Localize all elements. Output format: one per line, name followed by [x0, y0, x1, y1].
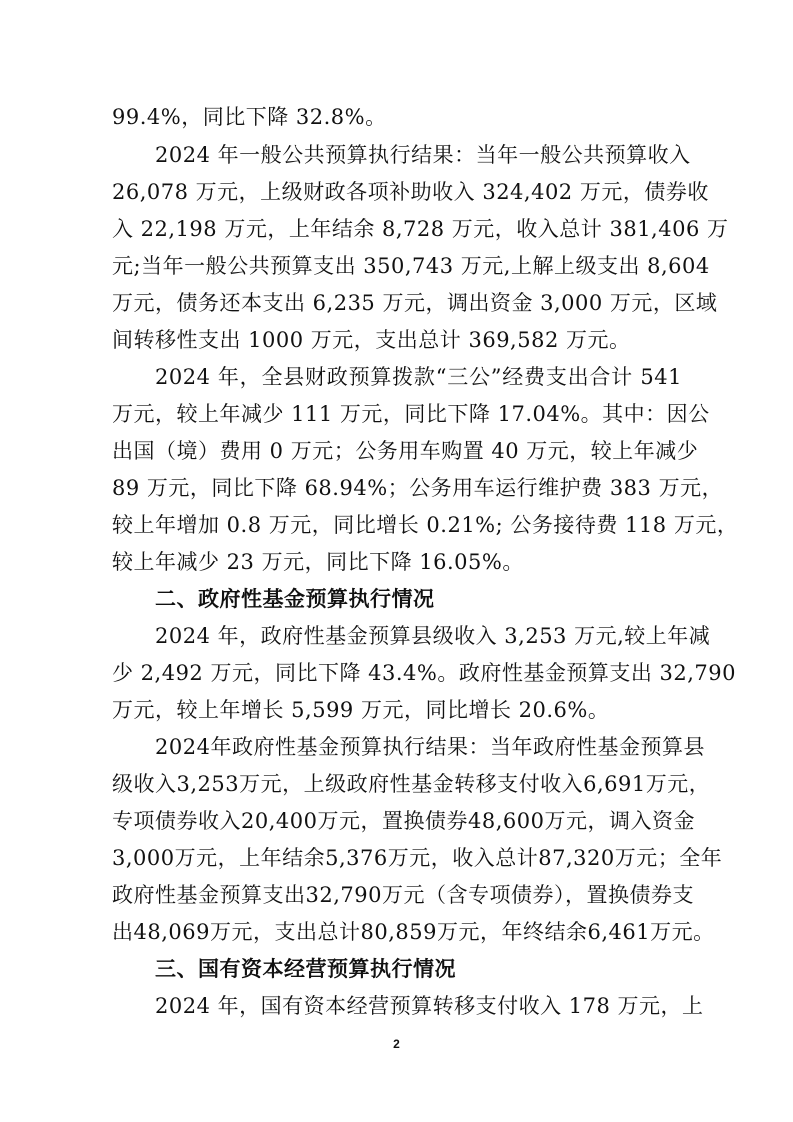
- text-line: 89 万元，同比下降 68.94%；公务用车运行维护费 383 万元，: [112, 473, 682, 503]
- text-line: 较上年增加 0.8 万元，同比增长 0.21%; 公务接待费 118 万元，: [112, 510, 682, 540]
- text-line: 2024年政府性基金预算执行结果：当年政府性基金预算县: [155, 732, 682, 762]
- text-line: 专项债券收入20,400万元，置换债券48,600万元，调入资金: [112, 806, 682, 836]
- document-page: 99.4%，同比下降 32.8%。 2024 年一般公共预算执行结果：当年一般公…: [0, 0, 793, 1122]
- text-line: 级收入3,253万元，上级政府性基金转移支付收入6,691万元，: [112, 769, 682, 799]
- text-line: 出国（境）费用 0 万元；公务用车购置 40 万元，较上年减少: [112, 436, 682, 466]
- text-line: 万元，较上年减少 111 万元，同比下降 17.04%。其中：因公: [112, 399, 682, 429]
- text-line: 万元，债务还本支出 6,235 万元，调出资金 3,000 万元，区域: [112, 288, 682, 318]
- text-line: 万元，较上年增长 5,599 万元，同比增长 20.6%。: [112, 695, 682, 725]
- page-number: 2: [0, 1037, 793, 1051]
- text-line: 99.4%，同比下降 32.8%。: [112, 102, 682, 132]
- text-line: 2024 年，国有资本经营预算转移支付收入 178 万元，上: [155, 991, 682, 1021]
- text-line: 2024 年，全县财政预算拨款“三公”经费支出合计 541: [155, 362, 682, 392]
- text-line: 少 2,492 万元，同比下降 43.4%。政府性基金预算支出 32,790: [112, 658, 682, 688]
- text-line: 较上年减少 23 万元，同比下降 16.05%。: [112, 547, 682, 577]
- section-heading: 三、国有资本经营预算执行情况: [155, 954, 456, 984]
- text-line: 出48,069万元，支出总计80,859万元，年终结余6,461万元。: [112, 917, 682, 947]
- text-line: 元;当年一般公共预算支出 350,743 万元,上解上级支出 8,604: [112, 251, 682, 281]
- text-line: 间转移性支出 1000 万元，支出总计 369,582 万元。: [112, 325, 682, 355]
- text-line: 26,078 万元，上级财政各项补助收入 324,402 万元，债券收: [112, 177, 682, 207]
- text-line: 入 22,198 万元，上年结余 8,728 万元，收入总计 381,406 万: [112, 214, 682, 244]
- text-line: 2024 年一般公共预算执行结果：当年一般公共预算收入: [155, 140, 682, 170]
- text-line: 2024 年，政府性基金预算县级收入 3,253 万元,较上年减: [155, 621, 682, 651]
- text-line: 3,000万元，上年结余5,376万元，收入总计87,320万元；全年: [112, 843, 682, 873]
- text-line: 政府性基金预算支出32,790万元（含专项债券），置换债券支: [112, 880, 682, 910]
- section-heading: 二、政府性基金预算执行情况: [155, 584, 435, 614]
